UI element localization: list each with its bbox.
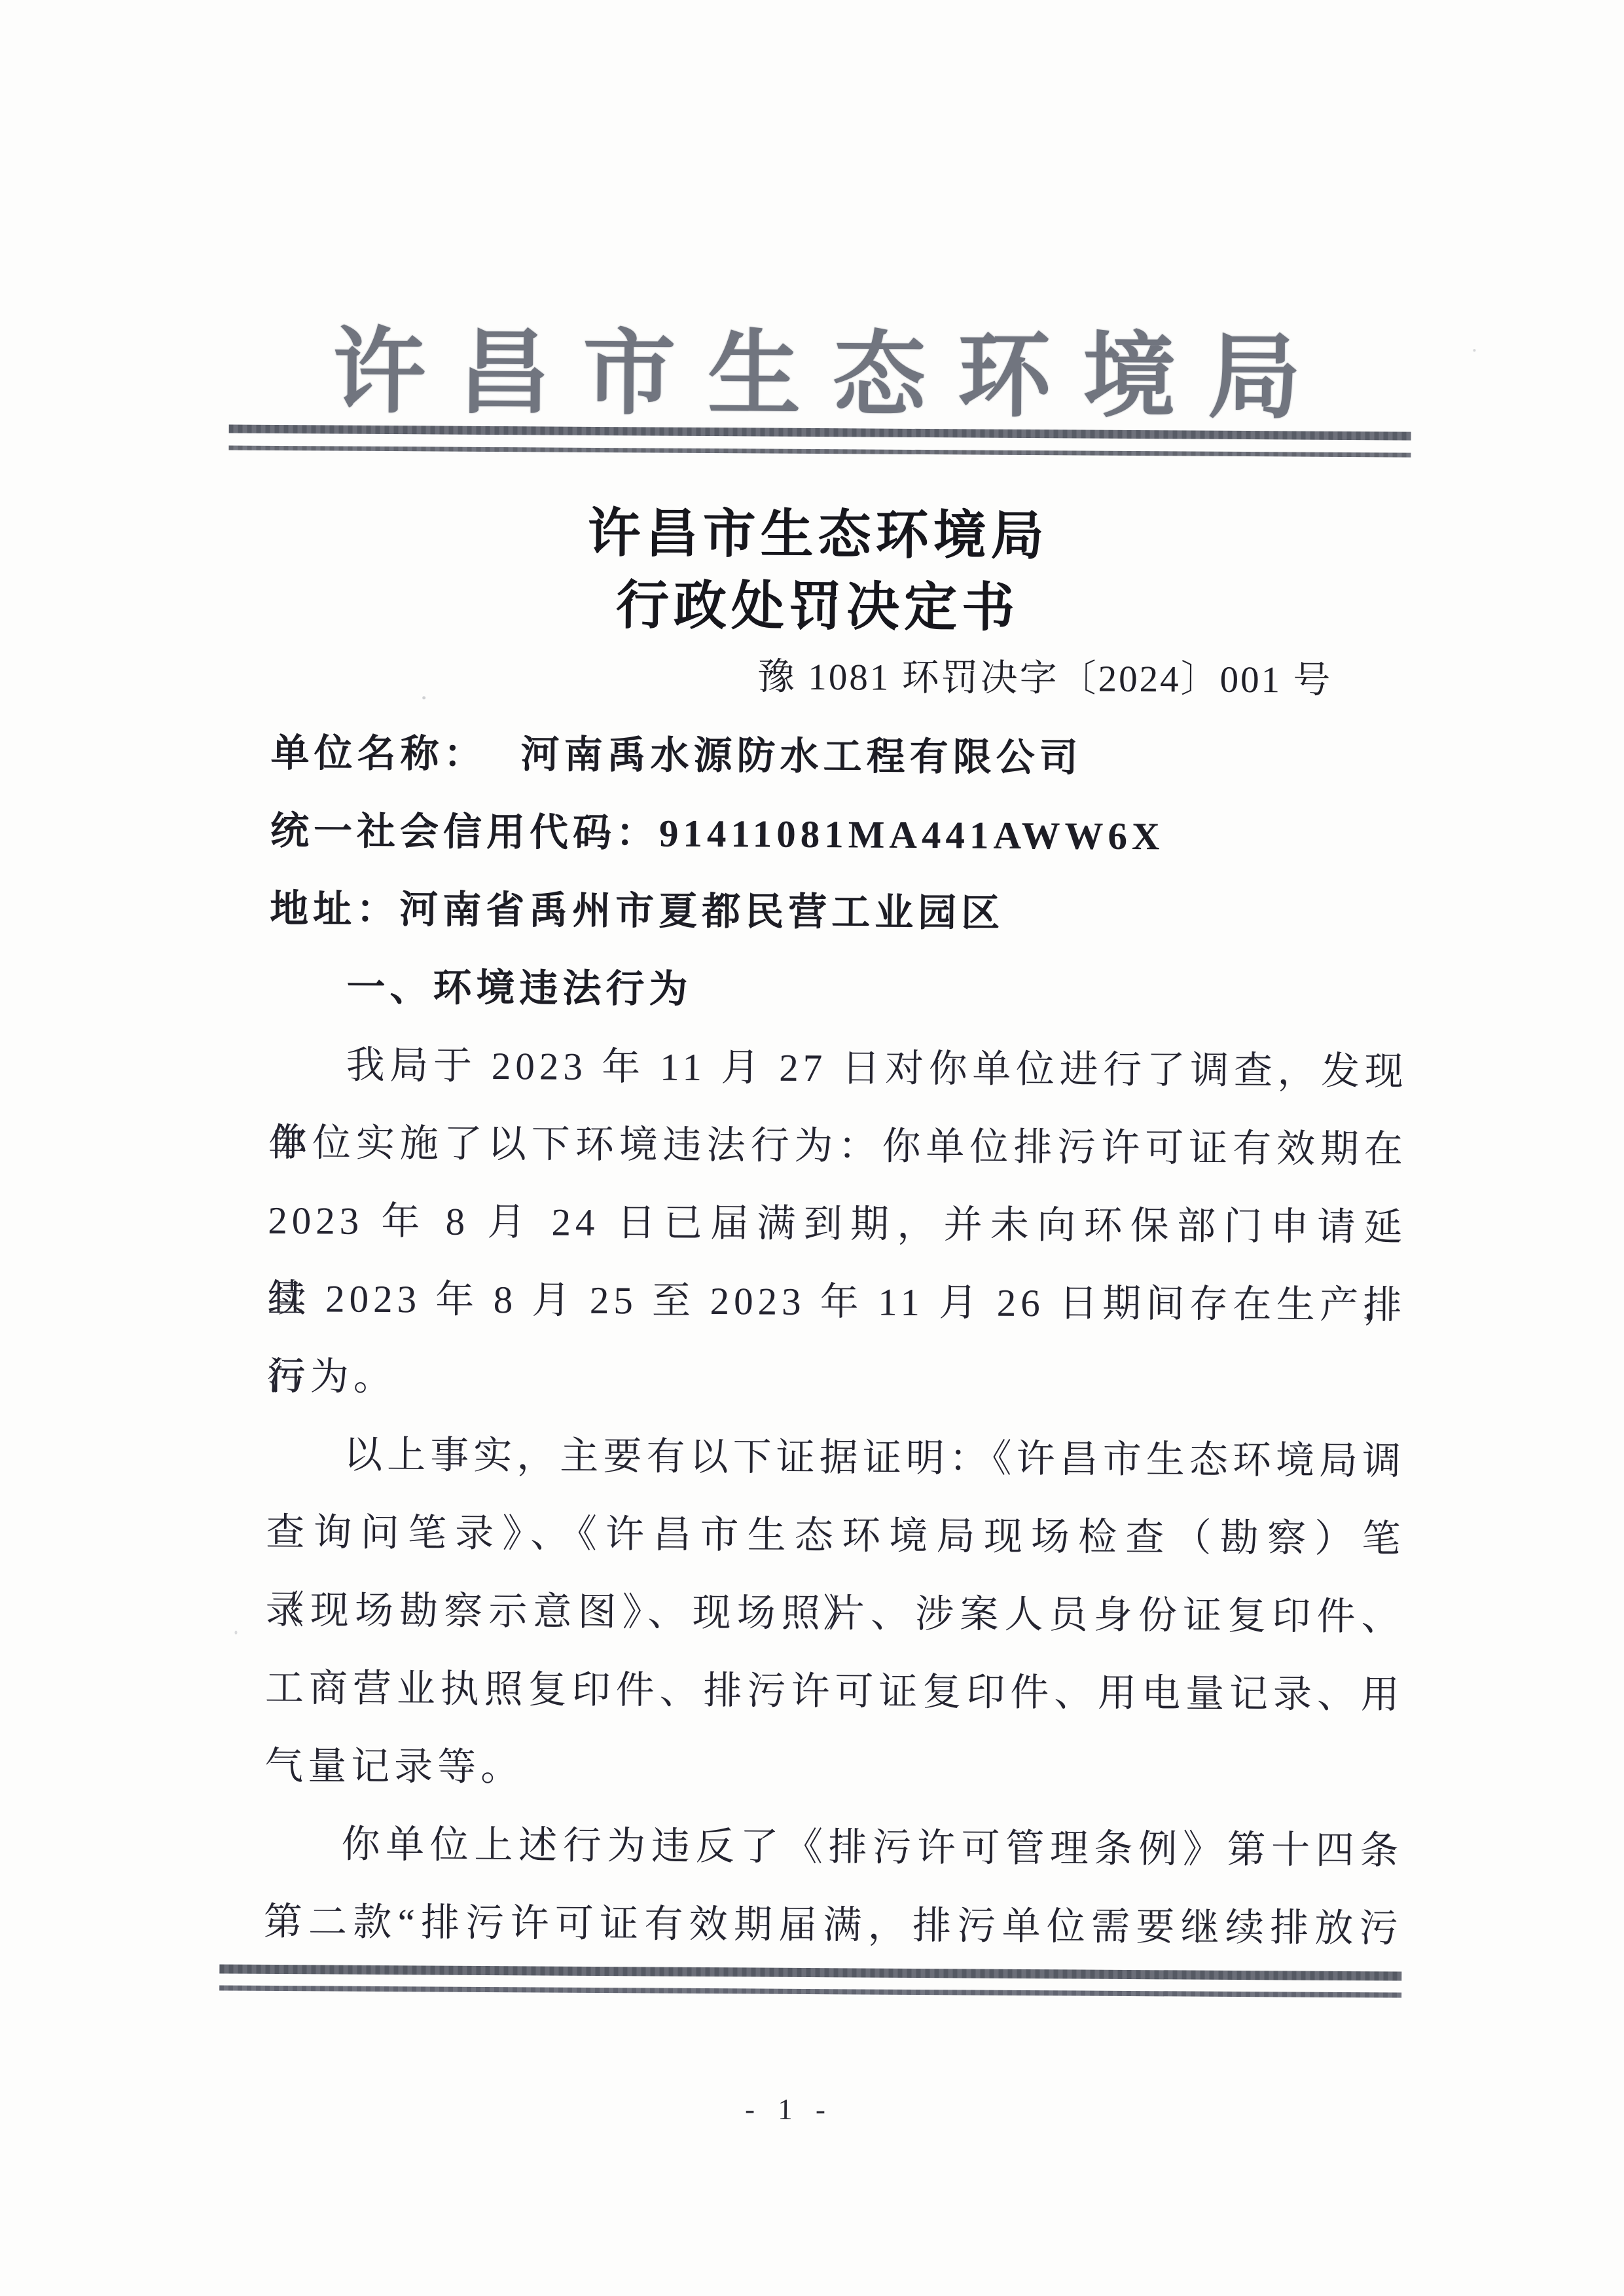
letterhead-rule-thin	[228, 446, 1411, 458]
footer-rule-thin	[219, 1985, 1401, 1997]
document-title-line1: 许昌市生态环境局	[8, 494, 1624, 575]
paragraph-3-line-1: 你单位上述行为违反了《排污许可管理条例》第十四条	[264, 1805, 1403, 1890]
scan-speck	[422, 696, 425, 699]
paragraph-2-line-2: 查询问笔录》、《许昌市生态环境局现场检查（勘察）笔录》、	[266, 1493, 1405, 1578]
scanned-document-page: 许昌市生态环境局 许昌市生态环境局 行政处罚决定书 豫 1081 环罚决字〔20…	[0, 0, 1624, 2296]
field-unit-name-label: 单位名称：	[270, 731, 486, 776]
paragraph-1-line-4: 且 2023 年 8 月 25 至 2023 年 11 月 26 日期间存在生产…	[267, 1260, 1407, 1345]
paragraph-1-line-2: 单位实施了以下环境违法行为：你单位排污许可证有效期在	[268, 1104, 1408, 1189]
field-credit-code-value: 91411081MA441AWW6X	[659, 812, 1164, 858]
paragraph-1-line-1: 我局于 2023 年 11 月 27 日对你单位进行了调查，发现你	[268, 1026, 1408, 1111]
footer-rule-thick	[219, 1964, 1401, 1980]
document-title-line2: 行政处罚决定书	[8, 566, 1624, 647]
scan-content: 许昌市生态环境局 许昌市生态环境局 行政处罚决定书 豫 1081 环罚决字〔20…	[0, 0, 1624, 2296]
paragraph-1-line-3: 2023 年 8 月 24 日已届满到期，并未向环保部门申请延续，	[268, 1182, 1407, 1267]
field-address-value: 河南省禹州市夏都民营工业园区	[399, 888, 1004, 935]
field-unit-name-value: 河南禹水源防水工程有限公司	[520, 733, 1082, 779]
page-number: - 1 -	[0, 2087, 1601, 2131]
paragraph-3-line-2: 第二款“排污许可证有效期届满，排污单位需要继续排放污	[263, 1883, 1403, 1968]
document-number: 豫 1081 环罚决字〔2024〕001 号	[3, 642, 1624, 705]
field-credit-code-label: 统一社会信用代码：	[270, 809, 659, 855]
field-unit-name: 单位名称：河南禹水源防水工程有限公司	[270, 714, 1410, 799]
document-body: 单位名称：河南禹水源防水工程有限公司 统一社会信用代码：91411081MA44…	[263, 714, 1410, 1968]
section-heading: 一、环境违法行为	[269, 948, 1409, 1033]
paragraph-2-line-3: 《现场勘察示意图》、现场照片、涉案人员身份证复印件、	[265, 1571, 1405, 1656]
agency-letterhead: 许昌市生态环境局	[5, 295, 1624, 438]
scan-speck	[1473, 349, 1475, 352]
paragraph-1-line-5: 行为。	[266, 1338, 1406, 1423]
field-address-label: 地址：	[270, 887, 399, 931]
scan-speck	[234, 1631, 237, 1635]
paragraph-2-line-5: 气量记录等。	[264, 1727, 1404, 1812]
paragraph-2-line-1: 以上事实，主要有以下证据证明：《许昌市生态环境局调	[266, 1415, 1406, 1501]
document-title: 许昌市生态环境局 行政处罚决定书	[3, 494, 1624, 647]
field-address: 地址：河南省禹州市夏都民营工业园区	[270, 870, 1409, 955]
field-credit-code: 统一社会信用代码：91411081MA441AWW6X	[270, 792, 1410, 877]
paragraph-2-line-4: 工商营业执照复印件、排污许可证复印件、用电量记录、用	[265, 1649, 1405, 1734]
